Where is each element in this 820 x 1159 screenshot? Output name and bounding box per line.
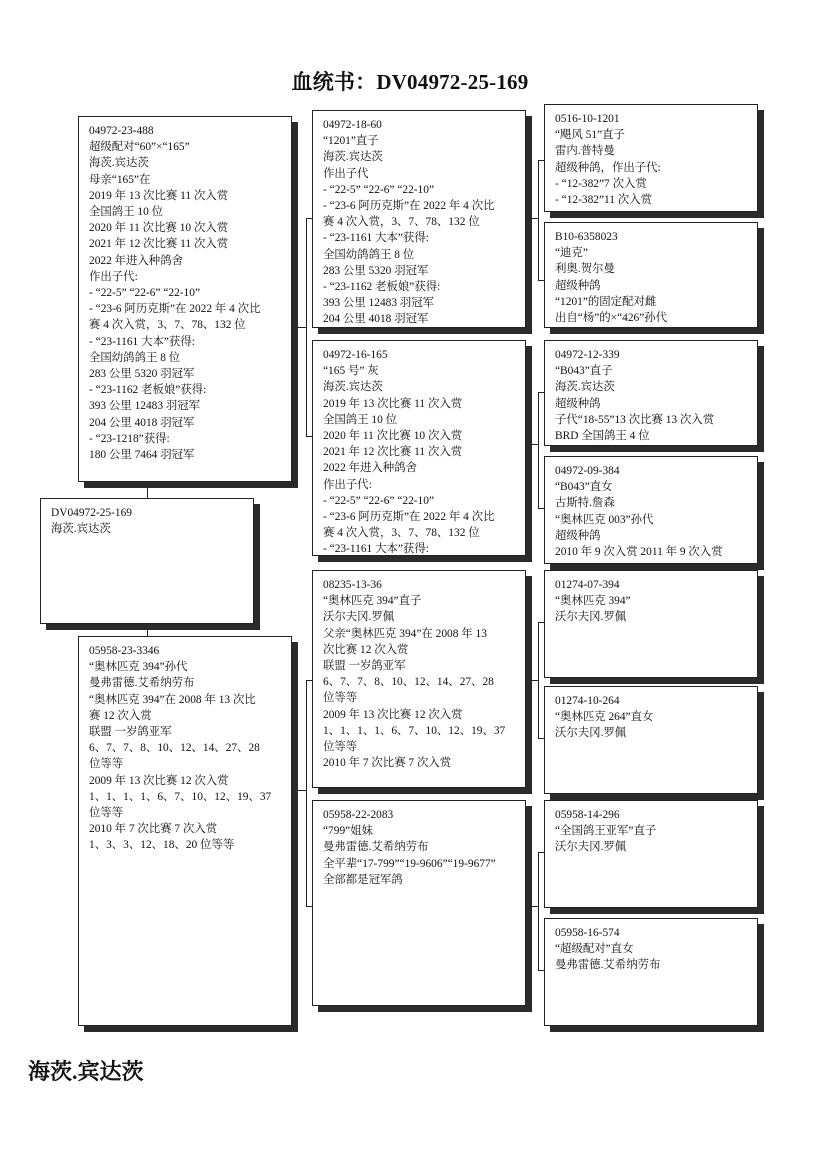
info-line: 古斯特.詹森 bbox=[555, 495, 749, 511]
info-line: 海茨.宾达茨 bbox=[555, 379, 749, 395]
ring-number: 0516-10-1201 bbox=[555, 111, 749, 127]
info-line: 赛 4 次入赏，3、7、78、132 位 bbox=[323, 214, 517, 230]
subject-card: DV04972-25-169海茨.宾达茨 bbox=[40, 498, 254, 624]
info-line: 母亲“165”在 bbox=[89, 172, 283, 188]
connector-sire-bracket bbox=[306, 218, 307, 436]
connector-sire-bottom bbox=[306, 436, 312, 437]
connector-sd-bottom bbox=[538, 508, 544, 509]
ring-number: 08235-13-36 bbox=[323, 577, 517, 593]
info-line: - “23-1162 老板娘”获得: bbox=[89, 382, 283, 398]
info-line: 2010 年 9 次入赏 2011 年 9 次入赏 bbox=[555, 544, 749, 560]
connector-dam-bottom bbox=[306, 906, 312, 907]
info-line: 位等等 bbox=[89, 805, 283, 821]
ring-number: 05958-16-574 bbox=[555, 925, 749, 941]
info-line: “超级配对”直女 bbox=[555, 941, 749, 957]
connector-ds-top bbox=[538, 622, 544, 623]
info-line: “奥林匹克 394”在 2008 年 13 次比 bbox=[89, 692, 283, 708]
info-line: 子代“18-55”13 次比赛 13 次入赏 bbox=[555, 412, 749, 428]
info-line: 6、7、7、8、10、12、14、27、28 bbox=[89, 740, 283, 756]
sss-card: 0516-10-1201 “飓风 51”直子雷内.普特曼超级种鸽，作出子代:- … bbox=[544, 104, 758, 212]
info-line: 2009 年 13 次比赛 12 次入赏 bbox=[323, 707, 517, 723]
ring-number: 04972-16-165 bbox=[323, 347, 517, 363]
info-line: 作出子代 bbox=[323, 166, 517, 182]
ddd-card: 05958-16-574 “超级配对”直女曼弗雷德.艾希纳劳布 bbox=[544, 918, 758, 1026]
info-line: 出自“杨”的×“426”孙代 bbox=[555, 310, 749, 326]
info-line: 2020 年 11 次比赛 10 次入赏 bbox=[323, 428, 517, 444]
connector-dam-bracket bbox=[306, 680, 307, 906]
connector-dam-top bbox=[306, 680, 312, 681]
connector-sire-out bbox=[298, 327, 306, 328]
info-line: - “23-1161 大本”获得: bbox=[89, 334, 283, 350]
info-line: 全国鸽王 10 位 bbox=[89, 204, 283, 220]
info-line: 超级种鸽，作出子代: bbox=[555, 160, 749, 176]
info-line: - “23-6 阿历克斯”在 2022 年 4 次比 bbox=[323, 198, 517, 214]
info-line: 海茨.宾达茨 bbox=[323, 149, 517, 165]
info-line: “迪克” bbox=[555, 245, 749, 261]
info-line: 利奥.贺尔曼 bbox=[555, 261, 749, 277]
sdd-card: 04972-09-384 “B043”直女古斯特.詹森 “奥林匹克 003”孙代… bbox=[544, 456, 758, 564]
info-line: 283 公里 5320 羽冠军 bbox=[323, 263, 517, 279]
dam-card: 05958-23-3346 “奥林匹克 394”孙代曼弗雷德.艾希纳劳布 “奥林… bbox=[78, 636, 292, 1026]
info-line: “1201”直子 bbox=[323, 133, 517, 149]
info-line: 超级种鸽 bbox=[555, 396, 749, 412]
info-line: 全部都是冠军鸽 bbox=[323, 872, 517, 888]
info-line: 赛 4 次入赏，3、7、78、132 位 bbox=[89, 317, 283, 333]
info-line: 1、1、1、1、6、7、10、12、19、37 bbox=[89, 789, 283, 805]
info-line: 联盟 一岁鸽亚军 bbox=[323, 658, 517, 674]
info-line: 2022 年进入种鸽舍 bbox=[89, 253, 283, 269]
info-line: 2019 年 13 次比赛 11 次入赏 bbox=[323, 396, 517, 412]
info-line: 超级配对“60”×“165” bbox=[89, 139, 283, 155]
info-line: 393 公里 12483 羽冠军 bbox=[89, 398, 283, 414]
connector-ds-bottom bbox=[538, 738, 544, 739]
info-line: - “12-382”7 次入赏 bbox=[555, 176, 749, 192]
info-line: 2010 年 7 次比赛 7 次入赏 bbox=[323, 755, 517, 771]
ring-number: 05958-22-2083 bbox=[323, 807, 517, 823]
info-line: - “22-5” “22-6” “22-10” bbox=[89, 285, 283, 301]
info-line: 沃尔夫冈.罗佩 bbox=[555, 725, 749, 741]
info-line: 沃尔夫冈.罗佩 bbox=[555, 609, 749, 625]
connector-ss-bracket bbox=[538, 160, 539, 280]
dds-card: 05958-14-296 “全国鸽王亚军”直子沃尔夫冈.罗佩 bbox=[544, 800, 758, 908]
info-line: - “ ” ” bbox=[555, 208, 749, 212]
info-line: 204 公里 4018 羽冠军 bbox=[323, 311, 517, 327]
ring-number: 04972-09-384 bbox=[555, 463, 749, 479]
sire-card: 04972-23-488超级配对“60”×“165”海茨.宾达茨母亲“165”在… bbox=[78, 116, 292, 482]
owner-name: 海茨.宾达茨 bbox=[28, 1055, 144, 1086]
dam-dam-card: 05958-22-2083 “799”姐妹曼弗雷德.艾希纳劳布全平辈“17-79… bbox=[312, 800, 526, 1006]
ring-number: 04972-18-60 bbox=[323, 117, 517, 133]
info-line: - “22-5” “22-6” “22-10” bbox=[323, 182, 517, 198]
ring-number: 01274-10-264 bbox=[555, 693, 749, 709]
connector-sire-top bbox=[306, 218, 312, 219]
info-line: 6、7、7、8、10、12、14、27、28 bbox=[323, 674, 517, 690]
info-line: 海茨.宾达茨 bbox=[89, 155, 283, 171]
info-line: 全国鸽王 10 位 bbox=[323, 412, 517, 428]
info-line: 作出子代: bbox=[89, 269, 283, 285]
ring-number: DV04972-25-169 bbox=[51, 505, 245, 521]
info-line: - “23-6 阿历克斯”在 2022 年 4 次比 bbox=[89, 301, 283, 317]
connector-subject-dam bbox=[147, 630, 148, 636]
info-line: 海茨.宾达茨 bbox=[323, 379, 517, 395]
info-line: - “23-1162 老板娘”获得: bbox=[323, 279, 517, 295]
info-line: “799”姐妹 bbox=[323, 823, 517, 839]
info-line: “1201”的固定配对雌 bbox=[555, 294, 749, 310]
dss-card: 01274-07-394 “奥林匹克 394”沃尔夫冈.罗佩 bbox=[544, 570, 758, 678]
info-line: - “23-6 阿历克斯”在 2022 年 4 次比 bbox=[323, 509, 517, 525]
info-line: 位等等 bbox=[89, 756, 283, 772]
info-line: 海茨.宾达茨 bbox=[51, 521, 245, 537]
info-line: “全国鸽王亚军”直子 bbox=[555, 823, 749, 839]
info-line: 1、1、1、1、6、7、10、12、19、37 bbox=[323, 723, 517, 739]
info-line: “飓风 51”直子 bbox=[555, 127, 749, 143]
info-line: 1、3、3、12、18、20 位等等 bbox=[89, 837, 283, 853]
connector-sd-bracket bbox=[538, 392, 539, 508]
info-line: 曼弗雷德.艾希纳劳布 bbox=[555, 957, 749, 973]
info-line: 全国幼鸽鸽王 8 位 bbox=[89, 350, 283, 366]
sire-sire-card: 04972-18-60 “1201”直子海茨.宾达茨作出子代- “22-5” “… bbox=[312, 110, 526, 328]
ring-number: 05958-23-3346 bbox=[89, 643, 283, 659]
info-line: - “23-1161 大本”获得: bbox=[323, 541, 517, 556]
info-line: 2009 年 13 次比赛 12 次入赏 bbox=[89, 773, 283, 789]
ring-number: 01274-07-394 bbox=[555, 577, 749, 593]
ring-number: 04972-12-339 bbox=[555, 347, 749, 363]
info-line: 204 公里 4018 羽冠军 bbox=[89, 415, 283, 431]
info-line: 次比赛 12 次入赏 bbox=[323, 642, 517, 658]
info-line: - “22-5” “22-6” “22-10” bbox=[323, 493, 517, 509]
sds-card: 04972-12-339 “B043”直子海茨.宾达茨超级种鸽子代“18-55”… bbox=[544, 340, 758, 446]
info-line: 赛 4 次入赏，3、7、78、132 位 bbox=[323, 525, 517, 541]
info-line: 曼弗雷德.艾希纳劳布 bbox=[89, 675, 283, 691]
info-line: 2020 年 11 次比赛 10 次入赏 bbox=[89, 220, 283, 236]
info-line: 曼弗雷德.艾希纳劳布 bbox=[323, 839, 517, 855]
info-line: - “12-382”11 次入赏 bbox=[555, 192, 749, 208]
info-line: “165 号” 灰 bbox=[323, 363, 517, 379]
info-line: 父亲“奥林匹克 394”在 2008 年 13 bbox=[323, 626, 517, 642]
info-line: BRD 全国鸽王 4 位 bbox=[555, 428, 749, 444]
connector-subject-sire bbox=[147, 488, 148, 498]
info-line: 雷内.普特曼 bbox=[555, 143, 749, 159]
info-line: 联盟 一岁鸽亚军 bbox=[89, 724, 283, 740]
info-line: 作出子代: bbox=[323, 477, 517, 493]
info-line: 超级种鸽 bbox=[555, 278, 749, 294]
pedigree-title: 血统书：DV04972-25-169 bbox=[0, 66, 820, 96]
info-line: 180 公里 7464 羽冠军 bbox=[89, 447, 283, 463]
connector-sd-top bbox=[538, 392, 544, 393]
info-line: 超级种鸽 bbox=[555, 528, 749, 544]
info-line: - “23-1161 大本”获得: bbox=[323, 230, 517, 246]
info-line: 2022 年进入种鸽舍 bbox=[323, 460, 517, 476]
connector-ds-bracket bbox=[538, 622, 539, 738]
ring-number: 05958-14-296 bbox=[555, 807, 749, 823]
info-line: 全国幼鸽鸽王 8 位 bbox=[323, 247, 517, 263]
info-line: 沃尔夫冈.罗佩 bbox=[555, 839, 749, 855]
info-line: - “23-1218”获得: bbox=[89, 431, 283, 447]
connector-dd-top bbox=[538, 852, 544, 853]
info-line: “奥林匹克 394”直子 bbox=[323, 593, 517, 609]
connector-ss-bottom bbox=[538, 280, 544, 281]
info-line: “B043”直女 bbox=[555, 479, 749, 495]
connector-ss-top bbox=[538, 160, 544, 161]
ssd-card: B10-6358023 “迪克”利奥.贺尔曼超级种鸽 “1201”的固定配对雌出… bbox=[544, 222, 758, 328]
info-line: 赛 12 次入赏 bbox=[89, 708, 283, 724]
info-line: 位等等 bbox=[323, 690, 517, 706]
connector-dam-out bbox=[298, 790, 306, 791]
sire-dam-card: 04972-16-165 “165 号” 灰海茨.宾达茨2019 年 13 次比… bbox=[312, 340, 526, 556]
info-line: 283 公里 5320 羽冠军 bbox=[89, 366, 283, 382]
info-line: 2019 年 13 次比赛 11 次入赏 bbox=[89, 188, 283, 204]
info-line: “B043”直子 bbox=[555, 363, 749, 379]
info-line: 2021 年 12 次比赛 11 次入赏 bbox=[89, 236, 283, 252]
info-line: 位等等 bbox=[323, 739, 517, 755]
info-line: “ ” ” ” bbox=[555, 326, 749, 328]
info-line: “奥林匹克 394” bbox=[555, 593, 749, 609]
info-line: 2010 年 7 次比赛 7 次入赏 bbox=[89, 821, 283, 837]
info-line: 393 公里 12483 羽冠军 bbox=[323, 295, 517, 311]
info-line: 全平辈“17-799”“19-9606”“19-9677” bbox=[323, 856, 517, 872]
info-line: “奥林匹克 003”孙代 bbox=[555, 512, 749, 528]
info-line: “奥林匹克 394”孙代 bbox=[89, 659, 283, 675]
dam-sire-card: 08235-13-36 “奥林匹克 394”直子沃尔夫冈.罗佩父亲“奥林匹克 3… bbox=[312, 570, 526, 788]
info-line: “奥林匹克 264”直女 bbox=[555, 709, 749, 725]
ring-number: B10-6358023 bbox=[555, 229, 749, 245]
ring-number: 04972-23-488 bbox=[89, 123, 283, 139]
dsd-card: 01274-10-264 “奥林匹克 264”直女沃尔夫冈.罗佩 bbox=[544, 686, 758, 794]
info-line: 2021 年 12 次比赛 11 次入赏 bbox=[323, 444, 517, 460]
info-line: 沃尔夫冈.罗佩 bbox=[323, 609, 517, 625]
connector-dd-bottom bbox=[538, 970, 544, 971]
connector-dd-bracket bbox=[538, 852, 539, 970]
